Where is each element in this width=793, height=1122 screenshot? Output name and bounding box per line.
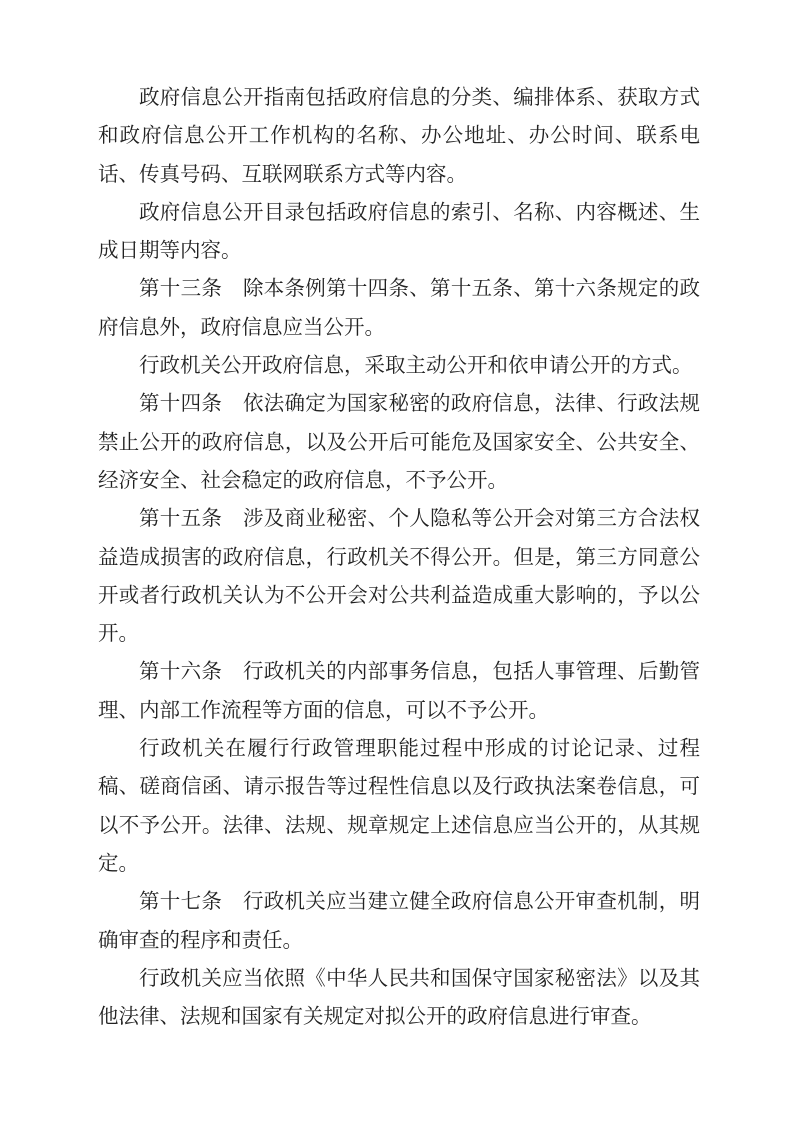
- document-page: 政府信息公开指南包括政府信息的分类、编排体系、获取方式和政府信息公开工作机构的名…: [0, 0, 793, 1122]
- paragraph-article-13: 第十三条 除本条例第十四条、第十五条、第十六条规定的政府信息外，政府信息应当公开…: [98, 270, 700, 347]
- paragraph: 政府信息公开指南包括政府信息的分类、编排体系、获取方式和政府信息公开工作机构的名…: [98, 79, 700, 194]
- paragraph-article-17: 第十七条 行政机关应当建立健全政府信息公开审查机制，明确审查的程序和责任。: [98, 883, 700, 960]
- paragraph-article-16: 第十六条 行政机关的内部事务信息，包括人事管理、后勤管理、内部工作流程等方面的信…: [98, 653, 700, 730]
- paragraph-article-15: 第十五条 涉及商业秘密、个人隐私等公开会对第三方合法权益造成损害的政府信息，行政…: [98, 500, 700, 653]
- paragraph: 行政机关应当依照《中华人民共和国保守国家秘密法》以及其他法律、法规和国家有关规定…: [98, 960, 700, 1037]
- paragraph: 政府信息公开目录包括政府信息的索引、名称、内容概述、生成日期等内容。: [98, 194, 700, 271]
- document-text-block: 政府信息公开指南包括政府信息的分类、编排体系、获取方式和政府信息公开工作机构的名…: [98, 79, 700, 1036]
- paragraph: 行政机关公开政府信息，采取主动公开和依申请公开的方式。: [98, 347, 700, 385]
- paragraph: 行政机关在履行行政管理职能过程中形成的讨论记录、过程稿、磋商信函、请示报告等过程…: [98, 730, 700, 883]
- paragraph-article-14: 第十四条 依法确定为国家秘密的政府信息，法律、行政法规禁止公开的政府信息，以及公…: [98, 385, 700, 500]
